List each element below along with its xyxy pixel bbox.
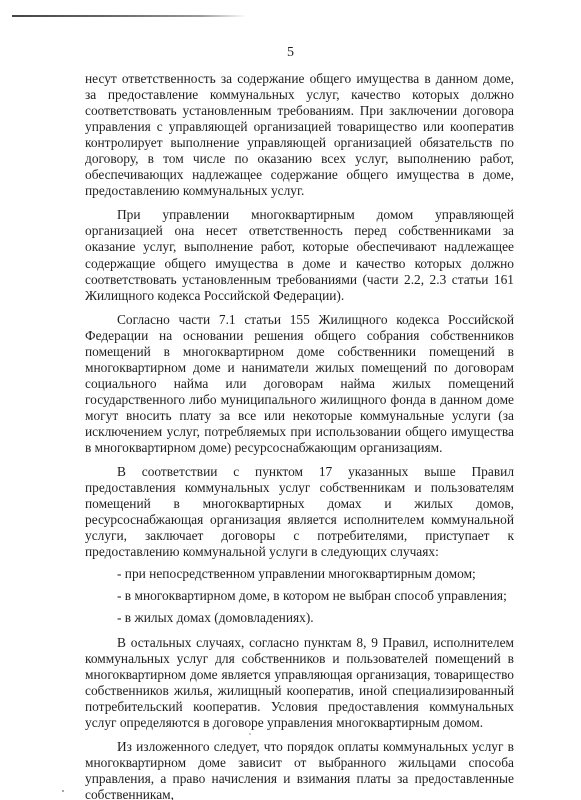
scan-speck: [62, 790, 64, 792]
paragraph-management-responsibility: При управлении многоквартирным домом упр…: [85, 207, 514, 303]
paragraph-other-cases: В остальных случаях, согласно пунктам 8,…: [85, 635, 514, 731]
scan-artifact-line: [12, 15, 247, 17]
cases-list: - при непосредственном управлении многок…: [85, 566, 514, 626]
page-number: 5: [0, 45, 581, 61]
paragraph-continuation: несут ответственность за содержание обще…: [85, 71, 514, 199]
paragraph-article-155: Согласно части 7.1 статьи 155 Жилищного …: [85, 312, 514, 456]
list-item: - в жилых домах (домовладениях).: [85, 610, 514, 626]
scan-speck: [249, 733, 251, 735]
list-item: - в многоквартирном доме, в котором не в…: [85, 588, 514, 604]
paragraph-rules-point-17: В соответствии с пунктом 17 указанных вы…: [85, 464, 514, 560]
list-item: - при непосредственном управлении многок…: [85, 566, 514, 582]
paragraph-conclusion: Из изложенного следует, что порядок опла…: [85, 739, 514, 800]
document-body: несут ответственность за содержание обще…: [85, 71, 514, 800]
